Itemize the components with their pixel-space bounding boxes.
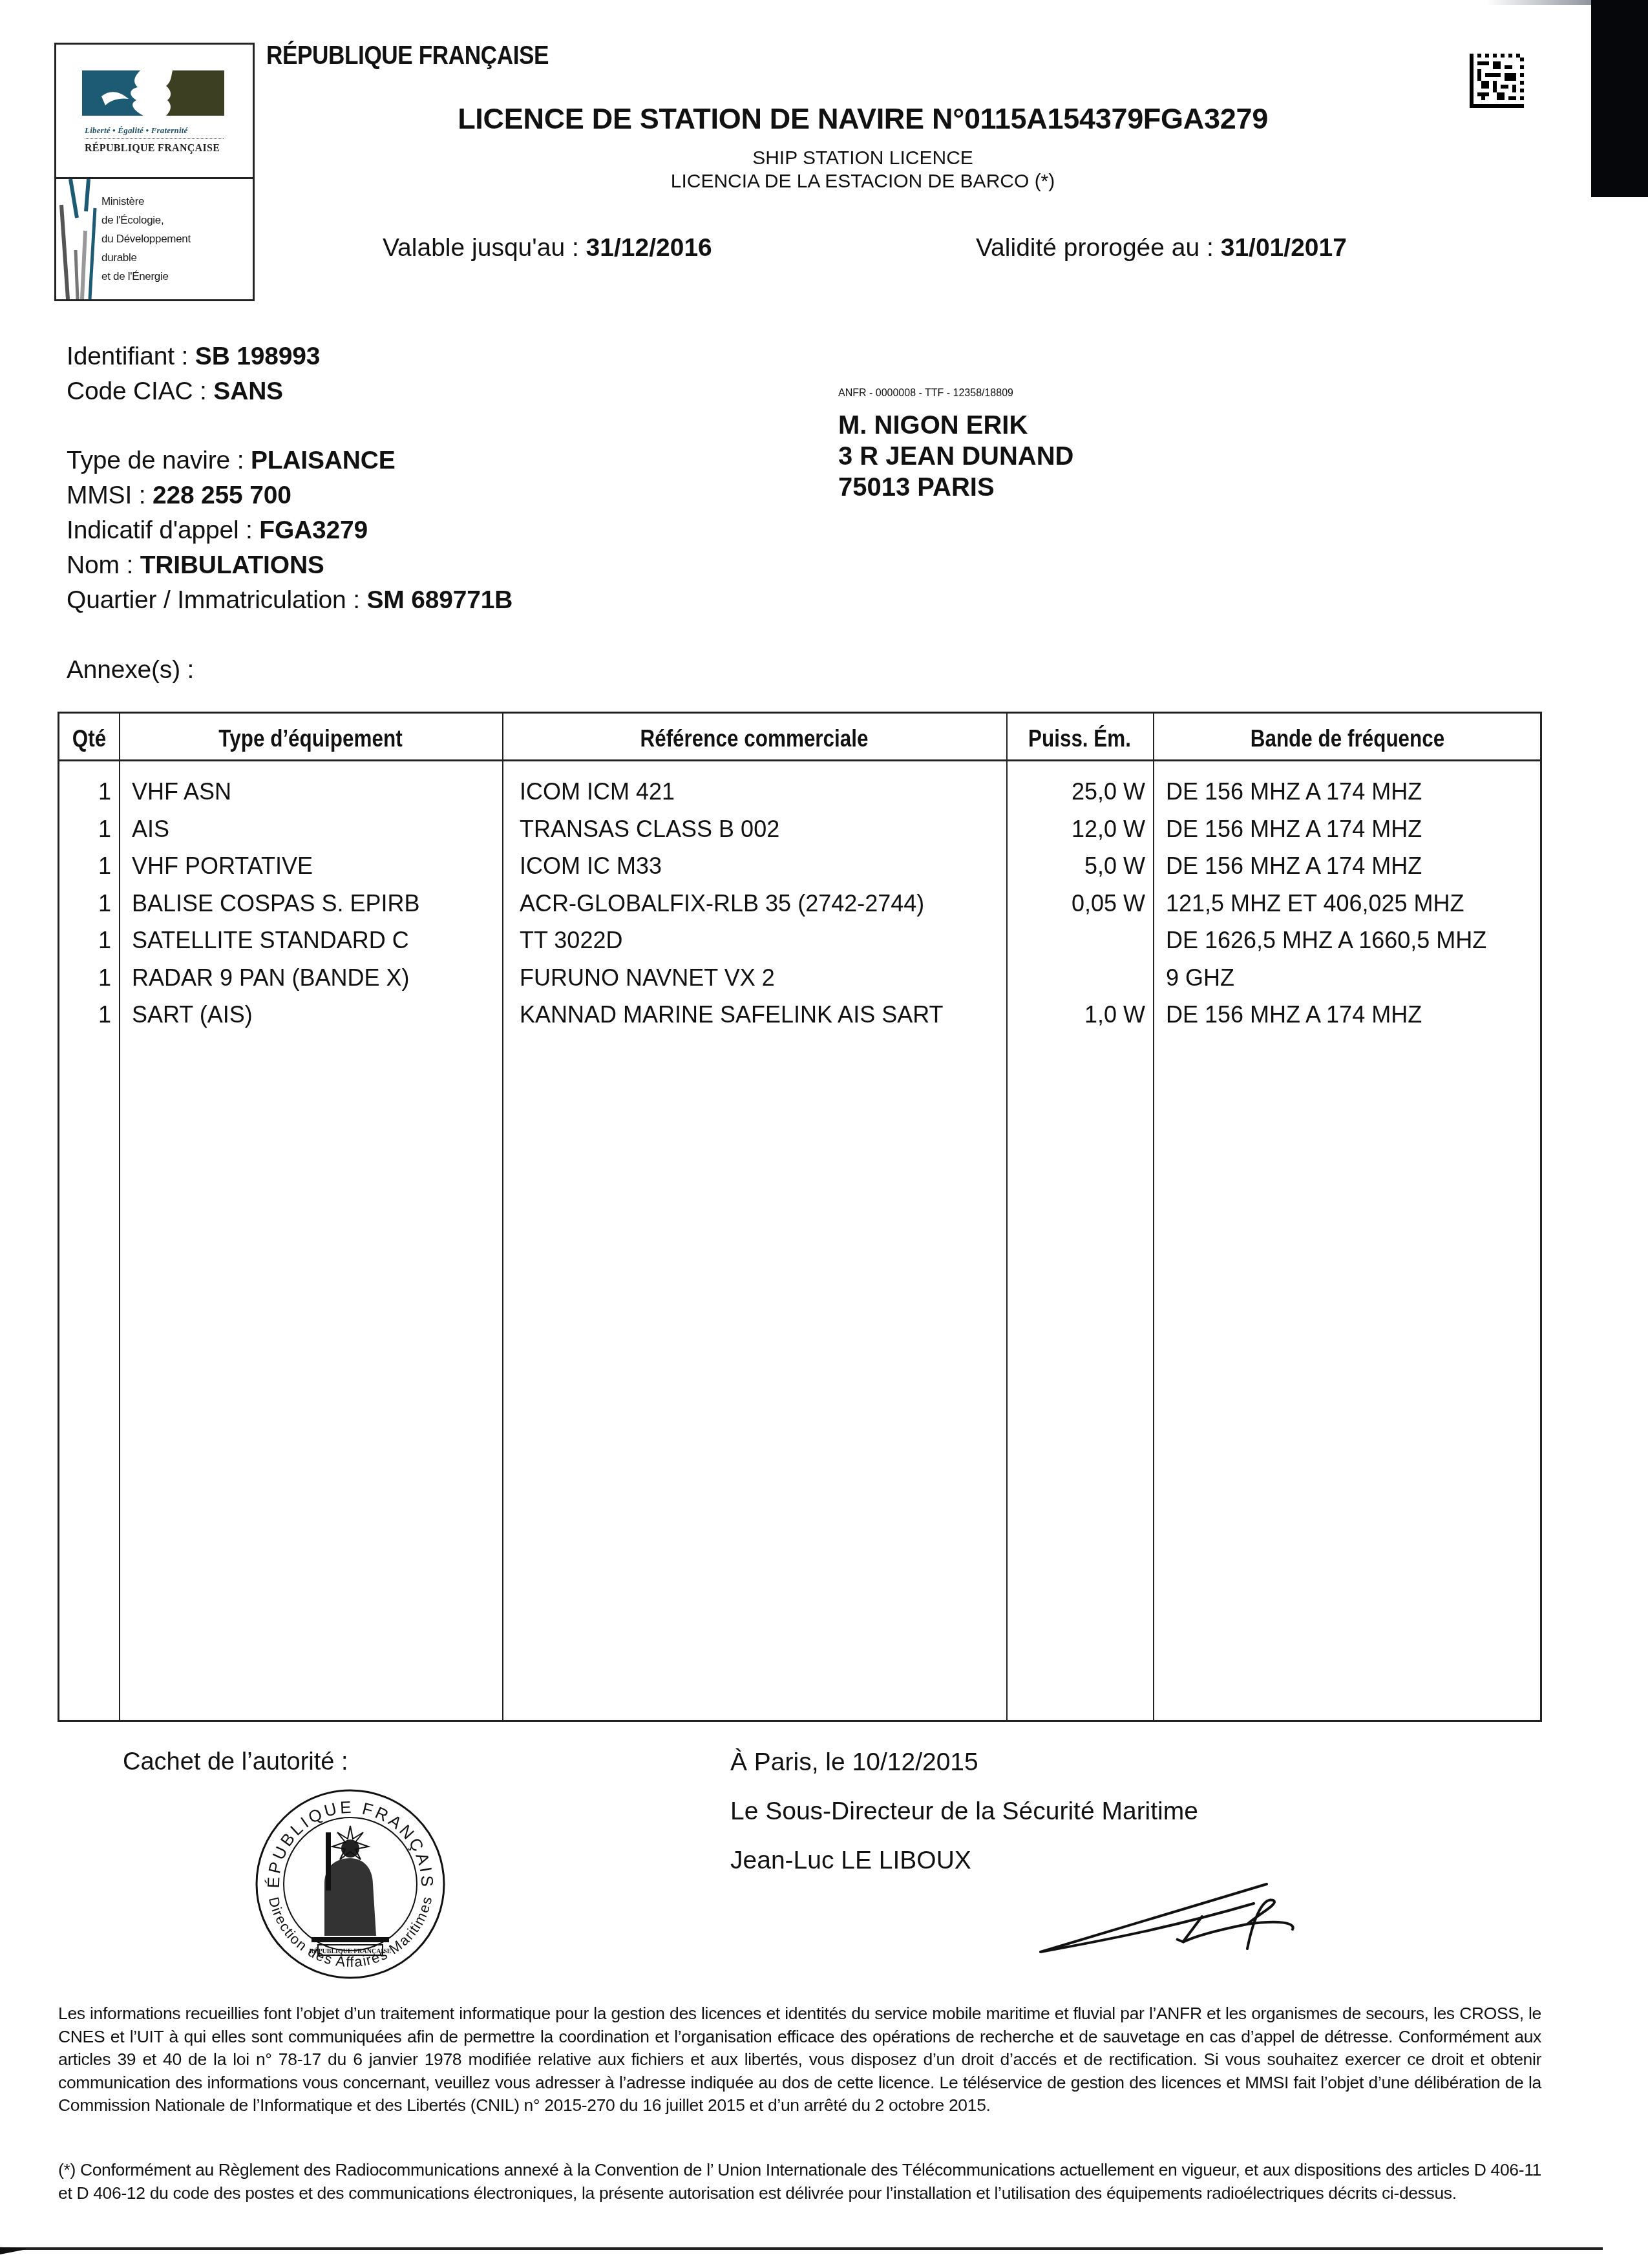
field-label: Nom :	[67, 551, 140, 579]
cell-frequency-band: 9 GHZ	[1166, 964, 1541, 991]
field-value: FGA3279	[259, 516, 368, 544]
ministry-line: Ministère	[101, 192, 191, 211]
field-identifiant: Identifiant : SB 198993	[67, 343, 320, 371]
column-divider	[1153, 714, 1154, 1720]
anfr-reference: ANFR - 0000008 - TTF - 12358/18809	[838, 388, 1013, 399]
cell-frequency-band: DE 156 MHZ A 174 MHZ	[1166, 778, 1541, 805]
cell-frequency-band: DE 156 MHZ A 174 MHZ	[1166, 1001, 1541, 1028]
cell-power: 1,0 W	[1006, 1001, 1145, 1028]
annexes-label: Annexe(s) :	[67, 656, 194, 684]
cell-qty: 1	[59, 890, 111, 917]
field-value: SANS	[213, 377, 283, 405]
reeds-icon	[56, 179, 108, 299]
cell-qty: 1	[59, 816, 111, 843]
licence-subtitle-en: SHIP STATION LICENCE	[0, 147, 1648, 169]
cell-frequency-band: DE 156 MHZ A 174 MHZ	[1166, 853, 1541, 880]
cell-equipment-type: SART (AIS)	[132, 1001, 494, 1028]
field-vessel-name: Nom : TRIBULATIONS	[67, 551, 324, 580]
header-divider	[59, 759, 1540, 761]
recipient-name: M. NIGON ERIK	[838, 411, 1028, 440]
cell-commercial-reference: ICOM ICM 421	[520, 778, 998, 805]
ministry-line: du Développement	[101, 229, 191, 248]
column-header-equipment-type: Type d’équipement	[147, 725, 473, 752]
field-label: MMSI :	[67, 482, 153, 509]
cell-power: 25,0 W	[1006, 778, 1145, 805]
licence-subtitle-es: LICENCIA DE LA ESTACION DE BARCO (*)	[0, 171, 1648, 193]
cell-commercial-reference: ICOM IC M33	[520, 853, 998, 880]
licence-title: LICENCE DE STATION DE NAVIRE N°0115A1543…	[0, 102, 1648, 136]
field-value: SM 689771B	[367, 586, 513, 614]
cell-power: 5,0 W	[1006, 853, 1145, 880]
field-value: TRIBULATIONS	[140, 551, 324, 579]
cell-qty: 1	[59, 1001, 111, 1028]
valid-until: Valable jusqu'au : 31/12/2016	[383, 234, 712, 262]
scan-edge-top	[1486, 0, 1596, 5]
ministry-line: de l'Écologie,	[101, 211, 191, 229]
ministry-line: et de l'Énergie	[101, 267, 191, 286]
cell-equipment-type: VHF PORTATIVE	[132, 853, 494, 880]
ministry-name: Ministère de l'Écologie, du Développemen…	[101, 192, 191, 286]
cell-commercial-reference: FURUNO NAVNET VX 2	[520, 964, 998, 991]
cell-equipment-type: RADAR 9 PAN (BANDE X)	[132, 964, 494, 991]
signature-icon	[1034, 1878, 1305, 1962]
signatory-title: Le Sous-Directeur de la Sécurité Maritim…	[730, 1797, 1198, 1826]
valid-until-label: Valable jusqu'au :	[383, 234, 586, 262]
validity-extended: Validité prorogée au : 31/01/2017	[976, 234, 1347, 262]
recipient-city: 75013 PARIS	[838, 473, 995, 502]
cell-qty: 1	[59, 964, 111, 991]
field-value: SB 198993	[195, 343, 320, 370]
field-label: Type de navire :	[67, 447, 251, 474]
cell-frequency-band: DE 1626,5 MHZ A 1660,5 MHZ	[1166, 927, 1541, 954]
column-divider	[502, 714, 503, 1720]
cell-power: 12,0 W	[1006, 816, 1145, 843]
republic-heading: RÉPUBLIQUE FRANÇAISE	[266, 41, 549, 70]
column-header-qty: Qté	[64, 725, 114, 752]
validity-extended-value: 31/01/2017	[1221, 234, 1347, 262]
cell-commercial-reference: KANNAD MARINE SAFELINK AIS SART	[520, 1001, 998, 1028]
field-label: Quartier / Immatriculation :	[67, 586, 367, 614]
field-mmsi: MMSI : 228 255 700	[67, 482, 291, 510]
ministry-line: durable	[101, 248, 191, 267]
field-label: Code CIAC :	[67, 377, 213, 405]
page-bottom-edge	[0, 2247, 1603, 2250]
svg-text:RÉPUBLIQUE FRANÇAISE: RÉPUBLIQUE FRANÇAISE	[310, 1947, 392, 1955]
logo-rule	[85, 138, 224, 139]
cell-qty: 1	[59, 778, 111, 805]
cell-commercial-reference: TRANSAS CLASS B 002	[520, 816, 998, 843]
field-value: PLAISANCE	[251, 447, 396, 474]
place-and-date: À Paris, le 10/12/2015	[730, 1748, 978, 1777]
column-header-power: Puiss. Ém.	[1017, 725, 1142, 752]
official-seal-icon: RÉPUBLIQUE FRANÇAISE Direction des Affai…	[253, 1787, 447, 1981]
validity-extended-label: Validité prorogée au :	[976, 234, 1221, 262]
cell-frequency-band: 121,5 MHZ ET 406,025 MHZ	[1166, 890, 1541, 917]
column-header-frequency-band: Bande de fréquence	[1182, 725, 1513, 752]
signatory-name: Jean-Luc LE LIBOUX	[730, 1847, 971, 1875]
cell-commercial-reference: ACR-GLOBALFIX-RLB 35 (2742-2744)	[520, 890, 998, 917]
cell-equipment-type: BALISE COSPAS S. EPIRB	[132, 890, 494, 917]
cachet-label: Cachet de l’autorité :	[123, 1748, 348, 1776]
datamatrix-icon	[1470, 53, 1524, 109]
cell-qty: 1	[59, 853, 111, 880]
regulation-footnote: (*) Conformément au Règlement des Radioc…	[58, 2159, 1541, 2205]
field-vessel-type: Type de navire : PLAISANCE	[67, 447, 396, 475]
cell-commercial-reference: TT 3022D	[520, 927, 998, 954]
column-divider	[119, 714, 120, 1720]
cell-qty: 1	[59, 927, 111, 954]
cell-equipment-type: VHF ASN	[132, 778, 494, 805]
field-ciac: Code CIAC : SANS	[67, 377, 283, 406]
field-label: Identifiant :	[67, 343, 195, 370]
cell-equipment-type: SATELLITE STANDARD C	[132, 927, 494, 954]
recipient-street: 3 R JEAN DUNAND	[838, 442, 1074, 471]
field-callsign: Indicatif d'appel : FGA3279	[67, 516, 368, 545]
field-label: Indicatif d'appel :	[67, 516, 259, 544]
field-registration: Quartier / Immatriculation : SM 689771B	[67, 586, 512, 615]
valid-until-value: 31/12/2016	[586, 234, 712, 262]
cell-frequency-band: DE 156 MHZ A 174 MHZ	[1166, 816, 1541, 843]
cell-power: 0,05 W	[1006, 890, 1145, 917]
field-value: 228 255 700	[153, 482, 291, 509]
privacy-notice: Les informations recueillies font l’obje…	[58, 2002, 1541, 2117]
cell-equipment-type: AIS	[132, 816, 494, 843]
column-header-commercial-reference: Référence commerciale	[540, 725, 969, 752]
equipment-table: Qté Type d’équipement Référence commerci…	[58, 712, 1542, 1722]
